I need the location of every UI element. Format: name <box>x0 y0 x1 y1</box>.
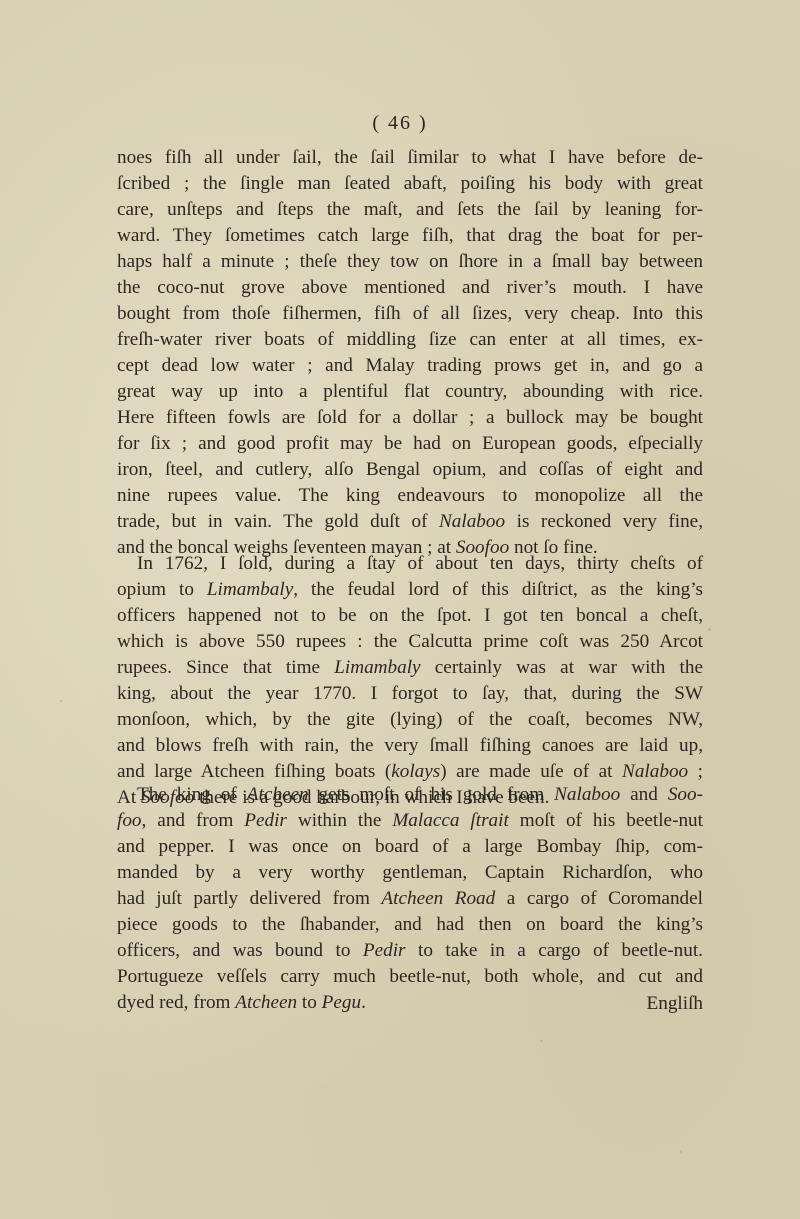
text-line: iron, ſteel, and cutlery, alſo Bengal op… <box>117 457 703 483</box>
text-line: had juſt partly delivered from Atcheen R… <box>117 886 703 912</box>
text-line: king, about the year 1770. I forgot to ſ… <box>117 681 703 707</box>
text-line: cept dead low water ; and Malay trading … <box>117 353 703 379</box>
catchword-text: Engliſh <box>117 991 703 1017</box>
italic-term: foo <box>117 810 142 831</box>
text-line: and pepper. I was once on board of a lar… <box>117 834 703 860</box>
text-line: rupees. Since that time Limambaly certai… <box>117 655 703 681</box>
text-line: officers happened not to be on the ſpot.… <box>117 603 703 629</box>
italic-term: Limambaly <box>207 579 293 600</box>
text-line: opium to Limambaly, the feudal lord of t… <box>117 577 703 603</box>
text-line: In 1762, I ſold, during a ſtay of about … <box>117 551 703 577</box>
catchword: Engliſh <box>117 991 703 1017</box>
italic-term: Atcheen Road <box>381 888 495 909</box>
text-line: ſcribed ; the ſingle man ſeated abaft, p… <box>117 171 703 197</box>
text-line: freſh-water river boats of middling ſize… <box>117 327 703 353</box>
paragraph: The king of Atcheen gets moſt of his gol… <box>117 782 703 1016</box>
book-page: ( 46 ) noes fiſh all under ſail, the ſai… <box>0 0 800 1219</box>
text-line: foo, and from Pedir within the Malacca ſ… <box>117 808 703 834</box>
text-line: great way up into a plentiful flat count… <box>117 379 703 405</box>
text-line: officers, and was bound to Pedir to take… <box>117 938 703 964</box>
paper-stain <box>540 1040 543 1042</box>
text-line: and blows freſh with rain, the very ſmal… <box>117 733 703 759</box>
italic-term: Nalaboo <box>622 761 688 782</box>
text-line: the coco-nut grove above mentioned and r… <box>117 275 703 301</box>
paragraph: noes fiſh all under ſail, the ſail ſimil… <box>117 145 703 561</box>
italic-term: Pedir <box>363 940 406 961</box>
text-line: piece goods to the ſhabander, and had th… <box>117 912 703 938</box>
text-line: trade, but in vain. The gold duſt of Nal… <box>117 509 703 535</box>
text-line: The king of Atcheen gets moſt of his gol… <box>117 782 703 808</box>
text-line: for ſix ; and good profit may be had on … <box>117 431 703 457</box>
text-line: which is above 550 rupees : the Calcutta… <box>117 629 703 655</box>
italic-term: Pedir <box>244 810 287 831</box>
paper-stain <box>708 628 711 631</box>
paper-stain <box>680 1150 682 1153</box>
text-line: ward. They ſometimes catch large fiſh, t… <box>117 223 703 249</box>
text-line: monſoon, which, by the gite (lying) of t… <box>117 707 703 733</box>
text-line: care, unſteps and ſteps the maſt, and ſe… <box>117 197 703 223</box>
text-line: Portugueze veſſels carry much beetle-nut… <box>117 964 703 990</box>
text-line: manded by a very worthy gentleman, Capta… <box>117 860 703 886</box>
text-line: noes fiſh all under ſail, the ſail ſimil… <box>117 145 703 171</box>
italic-term: Nalaboo <box>439 511 505 532</box>
italic-term: Limambaly <box>334 657 420 678</box>
paragraph: In 1762, I ſold, during a ſtay of about … <box>117 551 703 811</box>
text-line: Here fifteen fowls are ſold for a dollar… <box>117 405 703 431</box>
italic-term: kolays <box>391 761 440 782</box>
text-line: bought from thoſe fiſhermen, fiſh of all… <box>117 301 703 327</box>
italic-term: Atcheen <box>247 784 309 805</box>
italic-term: Nalaboo <box>554 784 620 805</box>
text-line: nine rupees value. The king endeavours t… <box>117 483 703 509</box>
text-line: haps half a minute ; theſe they tow on ſ… <box>117 249 703 275</box>
italic-term: Soo- <box>668 784 703 805</box>
page-number: ( 46 ) <box>0 112 800 135</box>
paper-stain <box>60 700 62 702</box>
italic-term: Malacca ſtrait <box>392 810 509 831</box>
